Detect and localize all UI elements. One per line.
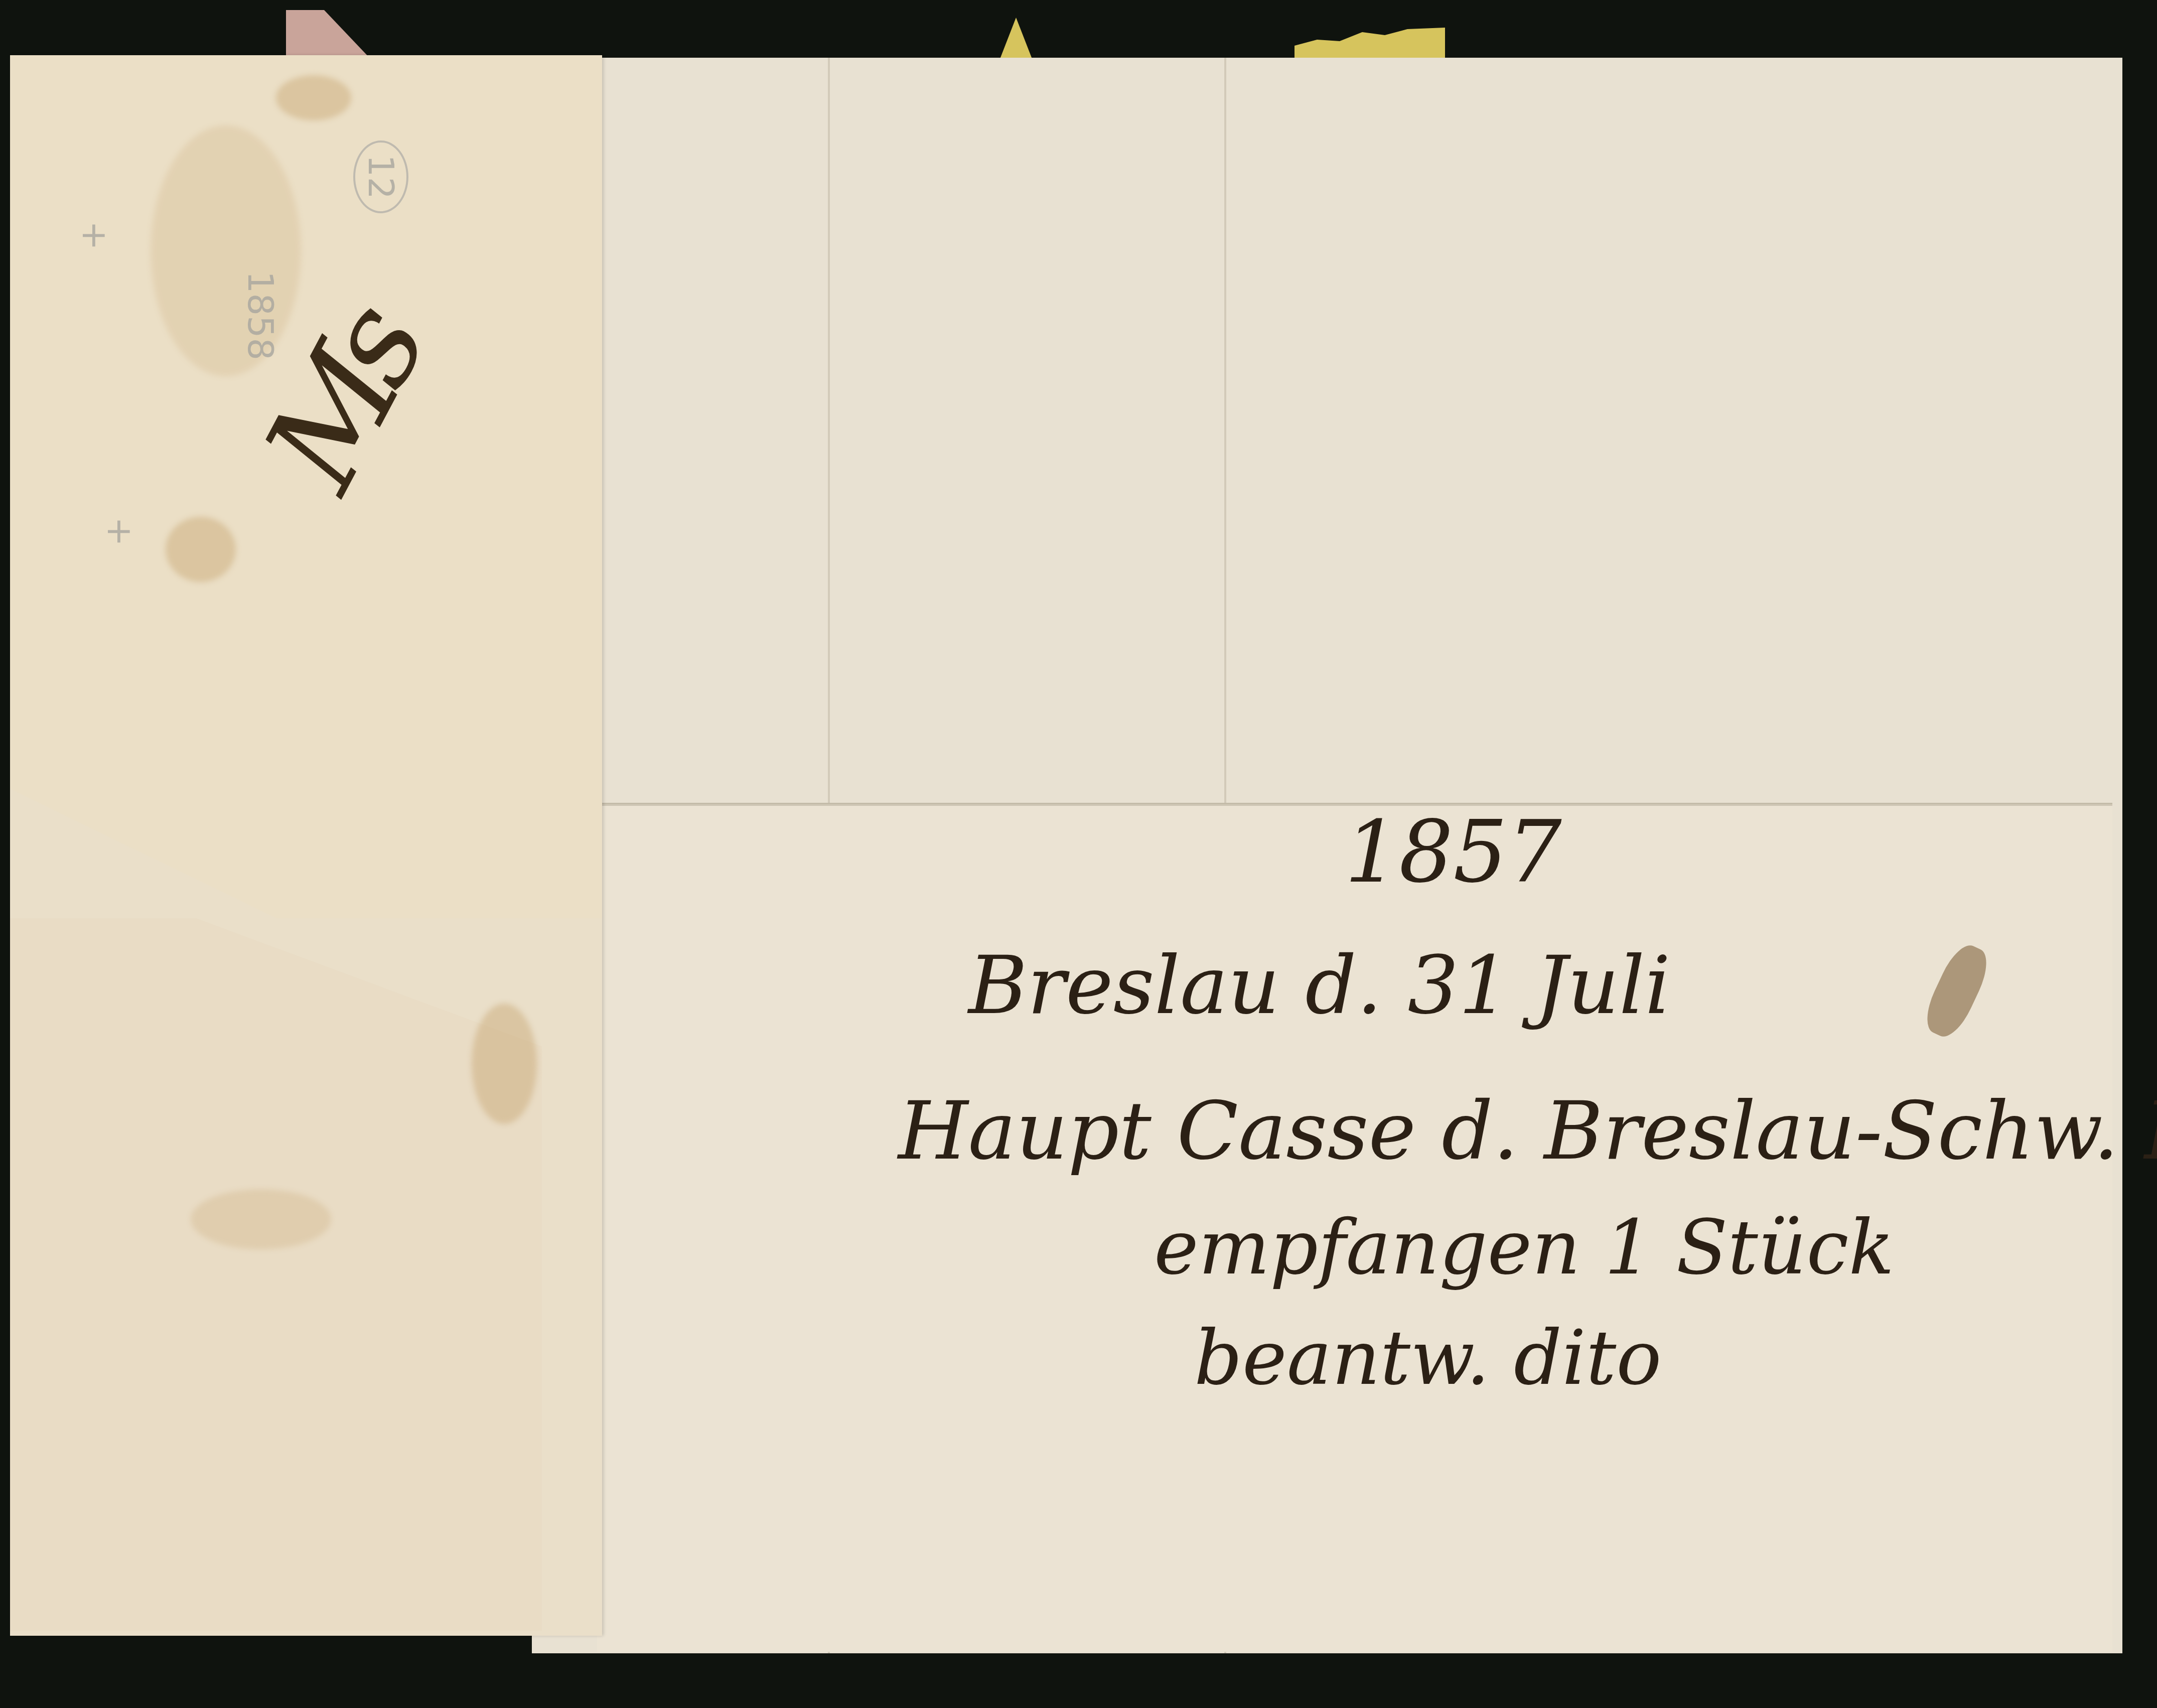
stain: [191, 1189, 331, 1249]
pencil-note: 1858: [240, 271, 281, 360]
stain: [472, 1004, 537, 1124]
pencil-mark: +: [74, 221, 115, 250]
left-flap-upper: [10, 55, 602, 918]
pencil-mark: +: [99, 517, 140, 546]
docket-line-answered: beantw. dito: [1194, 1315, 1662, 1402]
docket-year: 1857: [1345, 803, 1562, 902]
stain: [166, 517, 236, 582]
yellow-paper-tab: [998, 18, 1034, 63]
left-flap-lower: [10, 918, 542, 1631]
docket-line-place-date: Breslau d. 31 Juli: [968, 938, 1670, 1032]
stain: [276, 75, 351, 120]
pencil-note-circled: 12: [360, 140, 401, 213]
docket-line-received: empfangen 1 Stück: [1154, 1204, 1894, 1292]
docket-line-sender: Haupt Casse d. Breslau-Schw. Fr. E.: [898, 1084, 2157, 1178]
yellow-paper-strip: [1295, 28, 1445, 58]
